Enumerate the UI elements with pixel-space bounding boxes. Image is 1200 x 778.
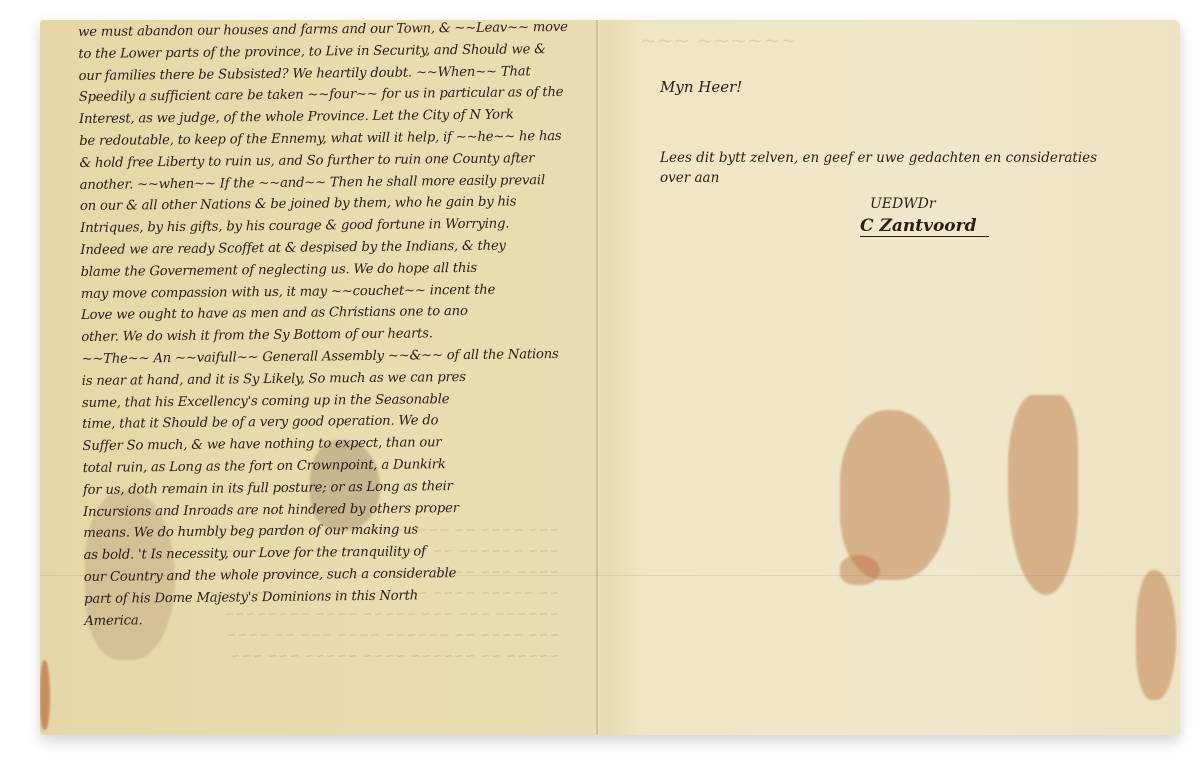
faint-bleedthrough-heading: ~~~ ~~~~~~ (640, 28, 797, 52)
left-page-english-text: we must abandon our houses and farms and… (78, 20, 604, 632)
closing-abbreviation: UEDWDr (870, 196, 936, 212)
water-stain (1008, 395, 1078, 595)
edge-stain (40, 660, 50, 730)
signature: C Zantvoord (860, 216, 989, 237)
salutation: Myn Heer! (660, 78, 742, 96)
letter-paper: ~~~ ~~~~ ~~ ~~~~~ ~~~ ~~~~~~ ~~~ ~~~~ ~~… (40, 20, 1180, 735)
water-stain (840, 555, 880, 585)
water-stain (1136, 570, 1176, 700)
note-line: Lees dit bytt zelven, en geef er uwe ged… (660, 150, 1097, 166)
note-line: over aan (660, 170, 719, 186)
